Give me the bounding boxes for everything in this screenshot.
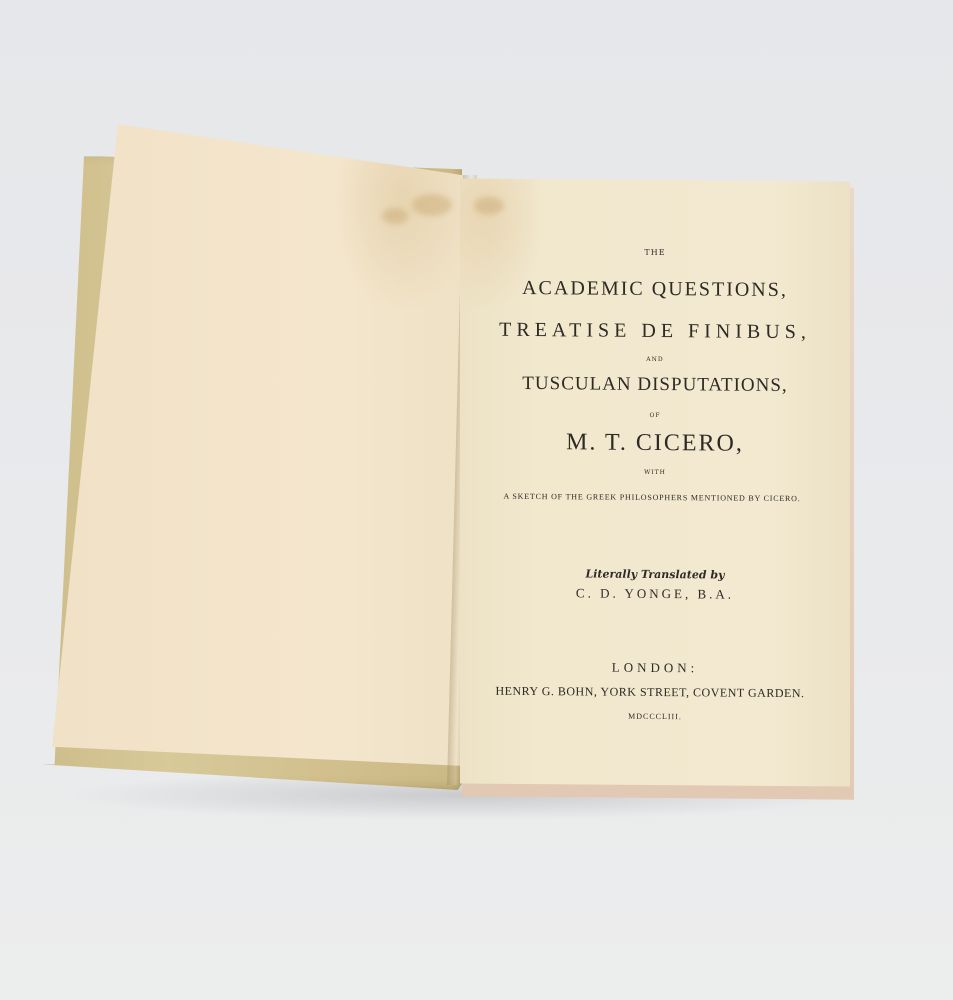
title-and: AND xyxy=(460,354,850,364)
title-page: THE ACADEMIC QUESTIONS, TREATISE DE FINI… xyxy=(460,178,850,786)
title-with: WITH xyxy=(460,467,850,477)
left-flyleaf-page xyxy=(52,124,464,766)
title-line-1: ACADEMIC QUESTIONS, xyxy=(460,276,850,302)
title-line-3: TUSCULAN DISPUTATIONS, xyxy=(460,372,850,397)
imprint-place: LONDON: xyxy=(460,658,850,677)
subtitle: A SKETCH OF THE GREEK PHILOSOPHERS MENTI… xyxy=(454,491,850,503)
translated-by: Literally Translated by xyxy=(460,566,850,582)
translator-name: C. D. YONGE, B.A. xyxy=(460,584,850,603)
imprint-date: MDCCCLIII. xyxy=(460,710,850,722)
foxing-stain xyxy=(412,194,452,216)
photo-scene: THE ACADEMIC QUESTIONS, TREATISE DE FINI… xyxy=(0,0,953,1000)
imprint-publisher: HENRY G. BOHN, YORK STREET, COVENT GARDE… xyxy=(450,683,850,701)
foxing-stain xyxy=(382,208,408,224)
title-the: THE xyxy=(460,246,850,258)
title-of: OF xyxy=(460,410,850,420)
title-line-2: TREATISE DE FINIBUS, xyxy=(460,318,850,344)
foxing-stain xyxy=(474,197,504,215)
author-name: M. T. CICERO, xyxy=(460,428,850,458)
